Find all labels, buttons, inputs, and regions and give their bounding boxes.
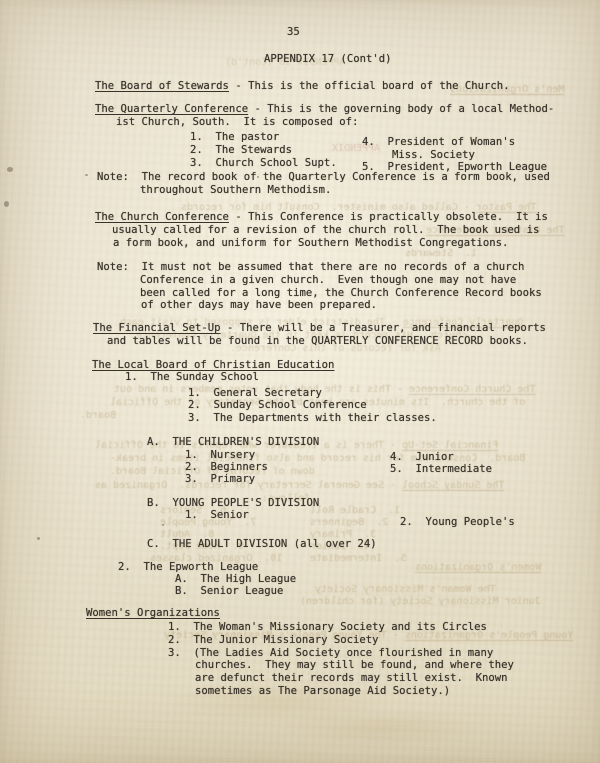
ghost-text-line: Junior Missionary Society (for children) xyxy=(300,596,541,607)
text-line: ist Church, South. It is composed of: xyxy=(116,116,358,128)
text-line: 1. The Woman's Missionary Society and it… xyxy=(168,621,487,633)
text-line: Miss. Society xyxy=(392,149,475,161)
text-line: 1. The pastor xyxy=(190,131,279,143)
text-line: B. Senior League xyxy=(175,585,283,597)
ghost-text-line: 1. Cradle Roll xyxy=(310,505,400,516)
text-line: C. THE ADULT DIVISION (all over 24) xyxy=(147,538,377,550)
paper-speck xyxy=(4,201,9,207)
text-line: a form book, and uniform for Southern Me… xyxy=(113,237,508,249)
text-line: 2. The Epworth League xyxy=(118,561,258,573)
text-line: 35 xyxy=(287,26,300,38)
text-line: B. YOUNG PEOPLE'S DIVISION xyxy=(147,497,319,509)
text-line: churches. They may still be found, and w… xyxy=(195,659,514,671)
ghost-text-line: 5. Intermediate xyxy=(310,553,406,564)
text-line: of other days may have been prepared. xyxy=(141,299,377,311)
text-line: 1. Senior xyxy=(185,509,249,521)
text-line: 4. President of Woman's xyxy=(362,136,515,148)
text-line: The Church Conference - This Conference … xyxy=(95,211,548,223)
ghost-text-line: The Sunday School - See General Secretar… xyxy=(95,480,504,491)
paper-speck xyxy=(257,176,259,178)
text-line: The Local Board of Christian Education xyxy=(92,359,334,371)
text-line: 2. Beginners xyxy=(185,461,268,473)
ghost-text-line: 2. Beginners xyxy=(310,517,388,528)
text-line: 3. Church School Supt. xyxy=(190,157,337,169)
paper-speck xyxy=(37,537,40,540)
text-line: 1. Nursery xyxy=(185,449,255,461)
text-line: The Quarterly Conference - This is the g… xyxy=(95,103,554,115)
scanned-document-page: APPENDIX 18 (Cont'd)Men's OrganizationsA… xyxy=(0,0,600,763)
text-line: 3. Primary xyxy=(185,473,255,485)
text-line: 3. The Departments with their classes. xyxy=(188,412,437,424)
paper-speck xyxy=(85,174,88,176)
text-line: Note: It must not be assumed that there … xyxy=(97,261,524,273)
text-line: 1. General Secretary xyxy=(188,387,322,399)
text-line: 2. Sunday School Conference xyxy=(188,399,367,411)
text-line: are defunct their records may still exis… xyxy=(195,672,508,684)
text-line: 4. Junior xyxy=(390,451,454,463)
ghost-text-line: The Church Conference - This is the body… xyxy=(114,384,535,395)
text-line: sometimes as The Parsonage Aid Society.) xyxy=(195,685,450,697)
text-line: 2. Young People's xyxy=(400,516,515,528)
text-line: APPENDIX 17 (Cont'd) xyxy=(264,53,392,65)
text-line: 2. The Stewards xyxy=(190,144,292,156)
ghost-text-line: The Woman's Missionary Society xyxy=(315,584,496,595)
paper-stain xyxy=(280,710,480,745)
text-line: 3. (The Ladies Aid Society once flourish… xyxy=(168,647,493,659)
text-line: throughout Southern Methodism. xyxy=(140,184,331,196)
text-line: and tables will be found in the QUARTERL… xyxy=(107,335,528,347)
text-line: 1. The Sunday School xyxy=(125,371,259,383)
ghost-text-line: Board. xyxy=(80,410,116,421)
text-line: Note: The record book of the Quarterly C… xyxy=(97,171,550,183)
text-line: A. The High League xyxy=(175,573,296,585)
text-line: usually called for a revision of the chu… xyxy=(112,224,539,236)
paper-speck xyxy=(7,167,13,172)
text-line: Conference in a given church. Even thoug… xyxy=(140,274,516,286)
text-line: 5. Intermediate xyxy=(390,463,492,475)
ghost-text-line: 1. Stewards xyxy=(405,248,477,259)
paper-speck xyxy=(162,524,164,526)
ghost-text-line: Women's Organizations xyxy=(415,562,541,573)
text-line: The Board of Stewards - This is the offi… xyxy=(95,80,510,92)
text-line: Women's Organizations xyxy=(86,607,220,619)
text-line: 2. The Junior Missionary Society xyxy=(168,634,378,646)
text-line: The Financial Set-Up - There will be a T… xyxy=(93,322,546,334)
text-line: A. THE CHILDREN'S DIVISION xyxy=(147,436,319,448)
text-line: been called for a long time, the Church … xyxy=(140,287,542,299)
